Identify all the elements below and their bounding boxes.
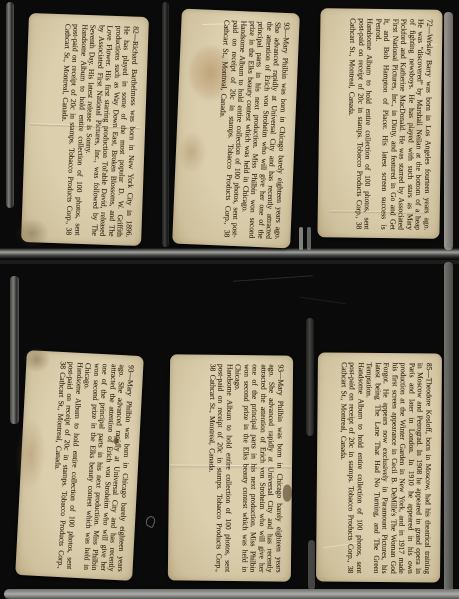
tray-ridge-divider-top (162, 2, 169, 247)
card-text-block: 82—Richard Barthelmess was born in New Y… (38, 23, 139, 237)
card-93-mary-philbin-top: 93—Mary Philbin was born in Chicago bare… (172, 9, 300, 249)
tray-ridge-divider-bottom-2b (308, 540, 315, 590)
card-text-block: 93—Mary Philbin was born in Chicago bare… (185, 364, 284, 573)
lower-tray-top-edge (0, 260, 459, 264)
scratch-mark (233, 275, 313, 282)
scratch-mark (300, 297, 346, 304)
tray-slot-bar (299, 227, 303, 250)
card-text-album-offer: Handsome Album to hold entire collection… (338, 362, 365, 573)
tray-bottom-gloss (4, 589, 459, 599)
tray-ridge-bottom-left (10, 276, 19, 424)
card-72-wesley-barry: 72—Wesley Barry was born in Los Angeles … (317, 8, 442, 239)
tray-ridge-divider-bottom-1 (154, 316, 163, 592)
paper-curl-mark (144, 515, 157, 529)
tray-ridge-divider-bottom-2 (306, 318, 314, 436)
tray-edge-right-bottom (444, 262, 453, 594)
tray-separator-highlight (0, 248, 459, 259)
card-93-mary-philbin-bottom-left: 93—Mary Philbin was born in Chicago bare… (15, 350, 144, 581)
card-85-theodore-kosloff: 85—Theodore Kosloff, born in Moscow, had… (316, 352, 442, 582)
card-text-body: 93—Mary Philbin was born in Chicago bare… (231, 364, 284, 573)
card-text-album-offer: Handsome Album to hold entire collection… (346, 18, 374, 229)
tray-edge-right-top (444, 12, 453, 250)
card-text-block: 93—Mary Philbin was born in Chicago bare… (189, 18, 290, 239)
card-text-album-offer: Handsome Album to hold entire collection… (205, 364, 233, 572)
card-82-richard-barthelmess: 82—Richard Barthelmess was born in New Y… (21, 13, 149, 246)
tray-slot-bar (307, 227, 311, 250)
card-text-block: 72—Wesley Barry was born in Los Angeles … (335, 17, 434, 229)
card-lot-photo: 82—Richard Barthelmess was born in New Y… (0, 0, 459, 599)
card-text-body: 85—Theodore Kosloff, born in Moscow, had… (363, 362, 433, 574)
card-text-block: 85—Theodore Kosloff, born in Moscow, had… (333, 362, 433, 574)
card-text-body: 82—Richard Barthelmess was born in New Y… (81, 24, 139, 237)
card-93-mary-philbin-bottom-center: 93—Mary Philbin was born in Chicago bare… (168, 354, 293, 581)
tray-ridge-top-left (6, 2, 14, 208)
card-text-block: 93—Mary Philbin was born in Chicago bare… (33, 360, 135, 571)
card-text-body: 72—Wesley Barry was born in Los Angeles … (371, 18, 433, 230)
